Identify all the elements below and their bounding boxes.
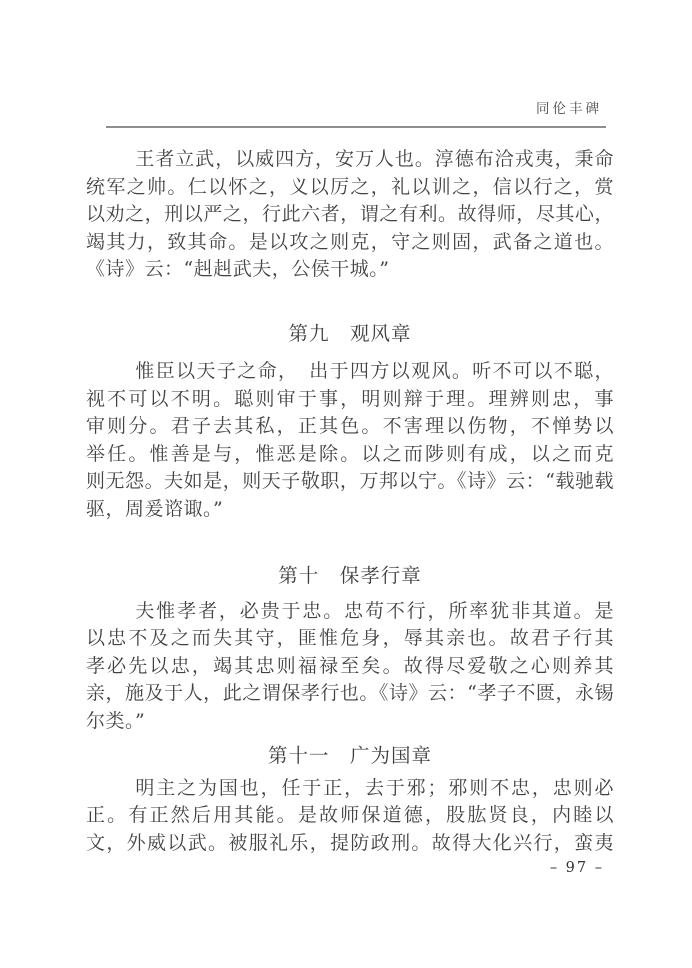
paragraph-1: 王者立武，以威四方，安万人也。淳德布洽戎夷，秉命 统军之帅。仁以怀之，义以厉之，…	[86, 146, 614, 284]
book-page: 同伦丰碑 王者立武，以威四方，安万人也。淳德布洽戎夷，秉命 统军之帅。仁以怀之，…	[0, 0, 692, 968]
text-line: 尔类。”	[86, 708, 614, 736]
text-line: 明主之为国也，任于正，去于邪；邪则不忠，忠则必	[86, 775, 614, 803]
text-line: 以忠不及之而失其守，匪惟危身，辱其亲也。故君子行其	[86, 625, 614, 653]
header-divider-rule	[106, 126, 606, 128]
text-line: 亲，施及于人，此之谓保孝行也。《诗》云：“孝子不匮，永锡	[86, 680, 614, 708]
text-line: 文，外威以武。被服礼乐，提防政刑。故得大化兴行，蛮夷	[86, 830, 614, 858]
page-number: – 97 –	[86, 860, 614, 876]
paragraph-2: 惟臣以天子之命， 出于四方以观风。听不可以不聪， 视不可以不明。聪则审于事，明则…	[86, 358, 614, 524]
text-line: 驱，周爰谘诹。”	[86, 496, 614, 524]
text-line: 孝必先以忠，竭其忠则福禄至矣。故得尽爱敬之心则养其	[86, 653, 614, 681]
running-header-title: 同伦丰碑	[86, 97, 614, 117]
text-line: 以劝之，刑以严之，行此六者，谓之有利。故得师，尽其心，	[86, 201, 614, 229]
section-heading-11: 第十一 广为国章	[86, 742, 614, 770]
section-heading-9: 第九 观风章	[86, 320, 614, 348]
section-heading-10: 第十 保孝行章	[86, 562, 614, 590]
text-line: 王者立武，以威四方，安万人也。淳德布洽戎夷，秉命	[86, 146, 614, 174]
paragraph-4: 明主之为国也，任于正，去于邪；邪则不忠，忠则必 正。有正然后用其能。是故师保道德…	[86, 775, 614, 858]
text-line: 正。有正然后用其能。是故师保道德，股肱贤良，内睦以	[86, 802, 614, 830]
text-line: 统军之帅。仁以怀之，义以厉之，礼以训之，信以行之，赏	[86, 174, 614, 202]
text-line: 惟臣以天子之命， 出于四方以观风。听不可以不聪，	[86, 358, 614, 386]
page-body: 王者立武，以威四方，安万人也。淳德布洽戎夷，秉命 统军之帅。仁以怀之，义以厉之，…	[86, 146, 614, 857]
text-line: 则无怨。夫如是，则天子敬职，万邦以宁。《诗》云：“载驰载	[86, 468, 614, 496]
paragraph-3: 夫惟孝者，必贵于忠。忠苟不行，所率犹非其道。是 以忠不及之而失其守，匪惟危身，辱…	[86, 598, 614, 736]
text-line: 视不可以不明。聪则审于事，明则辩于理。理辨则忠，事	[86, 386, 614, 414]
text-line: 《诗》云：“赳赳武夫，公侯干城。”	[86, 256, 614, 284]
text-line: 夫惟孝者，必贵于忠。忠苟不行，所率犹非其道。是	[86, 598, 614, 626]
text-line: 竭其力，致其命。是以攻之则克，守之则固，武备之道也。	[86, 229, 614, 257]
text-line: 审则分。君子去其私，正其色。不害理以伤物，不惮势以	[86, 413, 614, 441]
text-line: 举任。惟善是与，惟恶是除。以之而陟则有成，以之而克	[86, 441, 614, 469]
